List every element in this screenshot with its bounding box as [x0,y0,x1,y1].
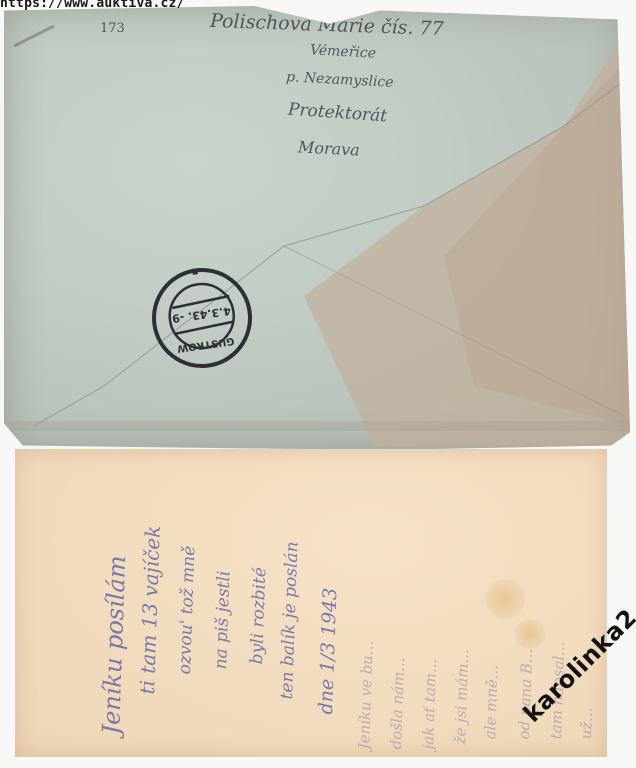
letter-line: ti tam 13 vajíček [135,525,165,695]
postmark-stamp: 4.3.43. -9 GUSTROW [143,259,260,376]
address-line-village: Vémeřice [310,42,377,61]
catalog-number: 173 [100,21,125,36]
letter-line: Jeníku ve bu... [355,641,377,750]
postmark-town: GUSTROW [176,335,235,354]
letter-line: jak ať tam... [419,658,440,749]
letter-line: dne 1/3 1943 [315,587,341,714]
letter-line: už... [577,707,596,739]
letter-line: ale mně... [481,665,502,740]
letter-line: byli rozbité [247,567,270,665]
letter-line: ozvou' tož mně [175,545,199,674]
letter-line: ten balík je poslán [277,541,303,700]
letter-line: Jeníku posílám [97,555,131,735]
letter-line: že jsi mám... [451,649,472,745]
address-line-region: Morava [298,137,361,159]
letter-line: došla nám... [387,657,408,750]
envelope-back: 173 Polischová Marie čís. 77 Vémeřice p.… [4,6,630,450]
handwritten-letter: Jeníku posílám ti tam 13 vajíček ozvou' … [15,449,607,757]
letter-line: na piš jestli [211,570,234,669]
source-url-label: https://www.auktiva.cz/ [0,0,185,11]
